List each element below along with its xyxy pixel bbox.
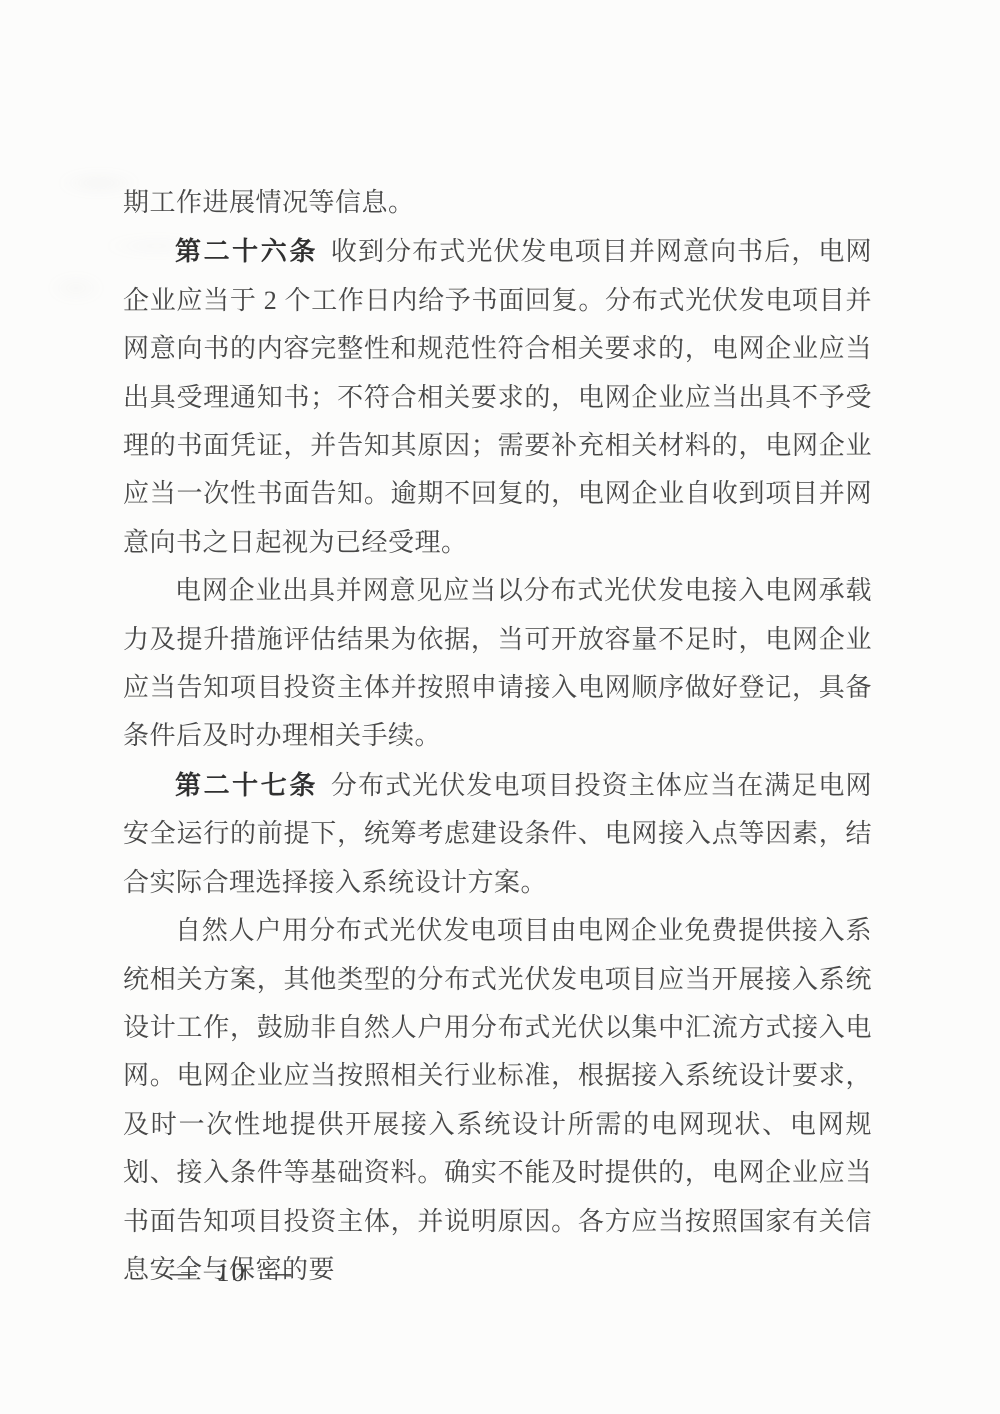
paragraph-article-26: 第二十六条收到分布式光伏发电项目并网意向书后，电网企业应当于 2 个工作日内给予… (123, 227, 872, 567)
page-number-footer: — 10 — (170, 1258, 293, 1288)
article-number: 第二十六条 (175, 236, 318, 266)
paragraph-text: 期工作进展情况等信息。 (123, 188, 415, 217)
paragraph-text: 电网企业出具并网意见应当以分布式光伏发电接入电网承载力及提升措施评估结果为依据，… (123, 576, 872, 750)
text-block: 期工作进展情况等信息。 第二十六条收到分布式光伏发电项目并网意向书后，电网企业应… (123, 179, 872, 1294)
paragraph-article-27: 第二十七条分布式光伏发电项目投资主体应当在满足电网安全运行的前提下，统筹考虑建设… (123, 761, 872, 907)
paragraph-text: 自然人户用分布式光伏发电项目由电网企业免费提供接入系统相关方案，其他类型的分布式… (123, 916, 872, 1284)
paragraph-text: 收到分布式光伏发电项目并网意向书后，电网企业应当于 2 个工作日内给予书面回复。… (123, 237, 872, 556)
page-number: — 10 — (170, 1258, 293, 1287)
document-page: 期工作进展情况等信息。 第二十六条收到分布式光伏发电项目并网意向书后，电网企业应… (0, 0, 1000, 1414)
paragraph-access-design: 自然人户用分布式光伏发电项目由电网企业免费提供接入系统相关方案，其他类型的分布式… (123, 907, 872, 1294)
paragraph-grid-opinion: 电网企业出具并网意见应当以分布式光伏发电接入电网承载力及提升措施评估结果为依据，… (123, 567, 872, 761)
paragraph-continuation: 期工作进展情况等信息。 (123, 179, 872, 227)
article-number: 第二十七条 (175, 770, 318, 800)
